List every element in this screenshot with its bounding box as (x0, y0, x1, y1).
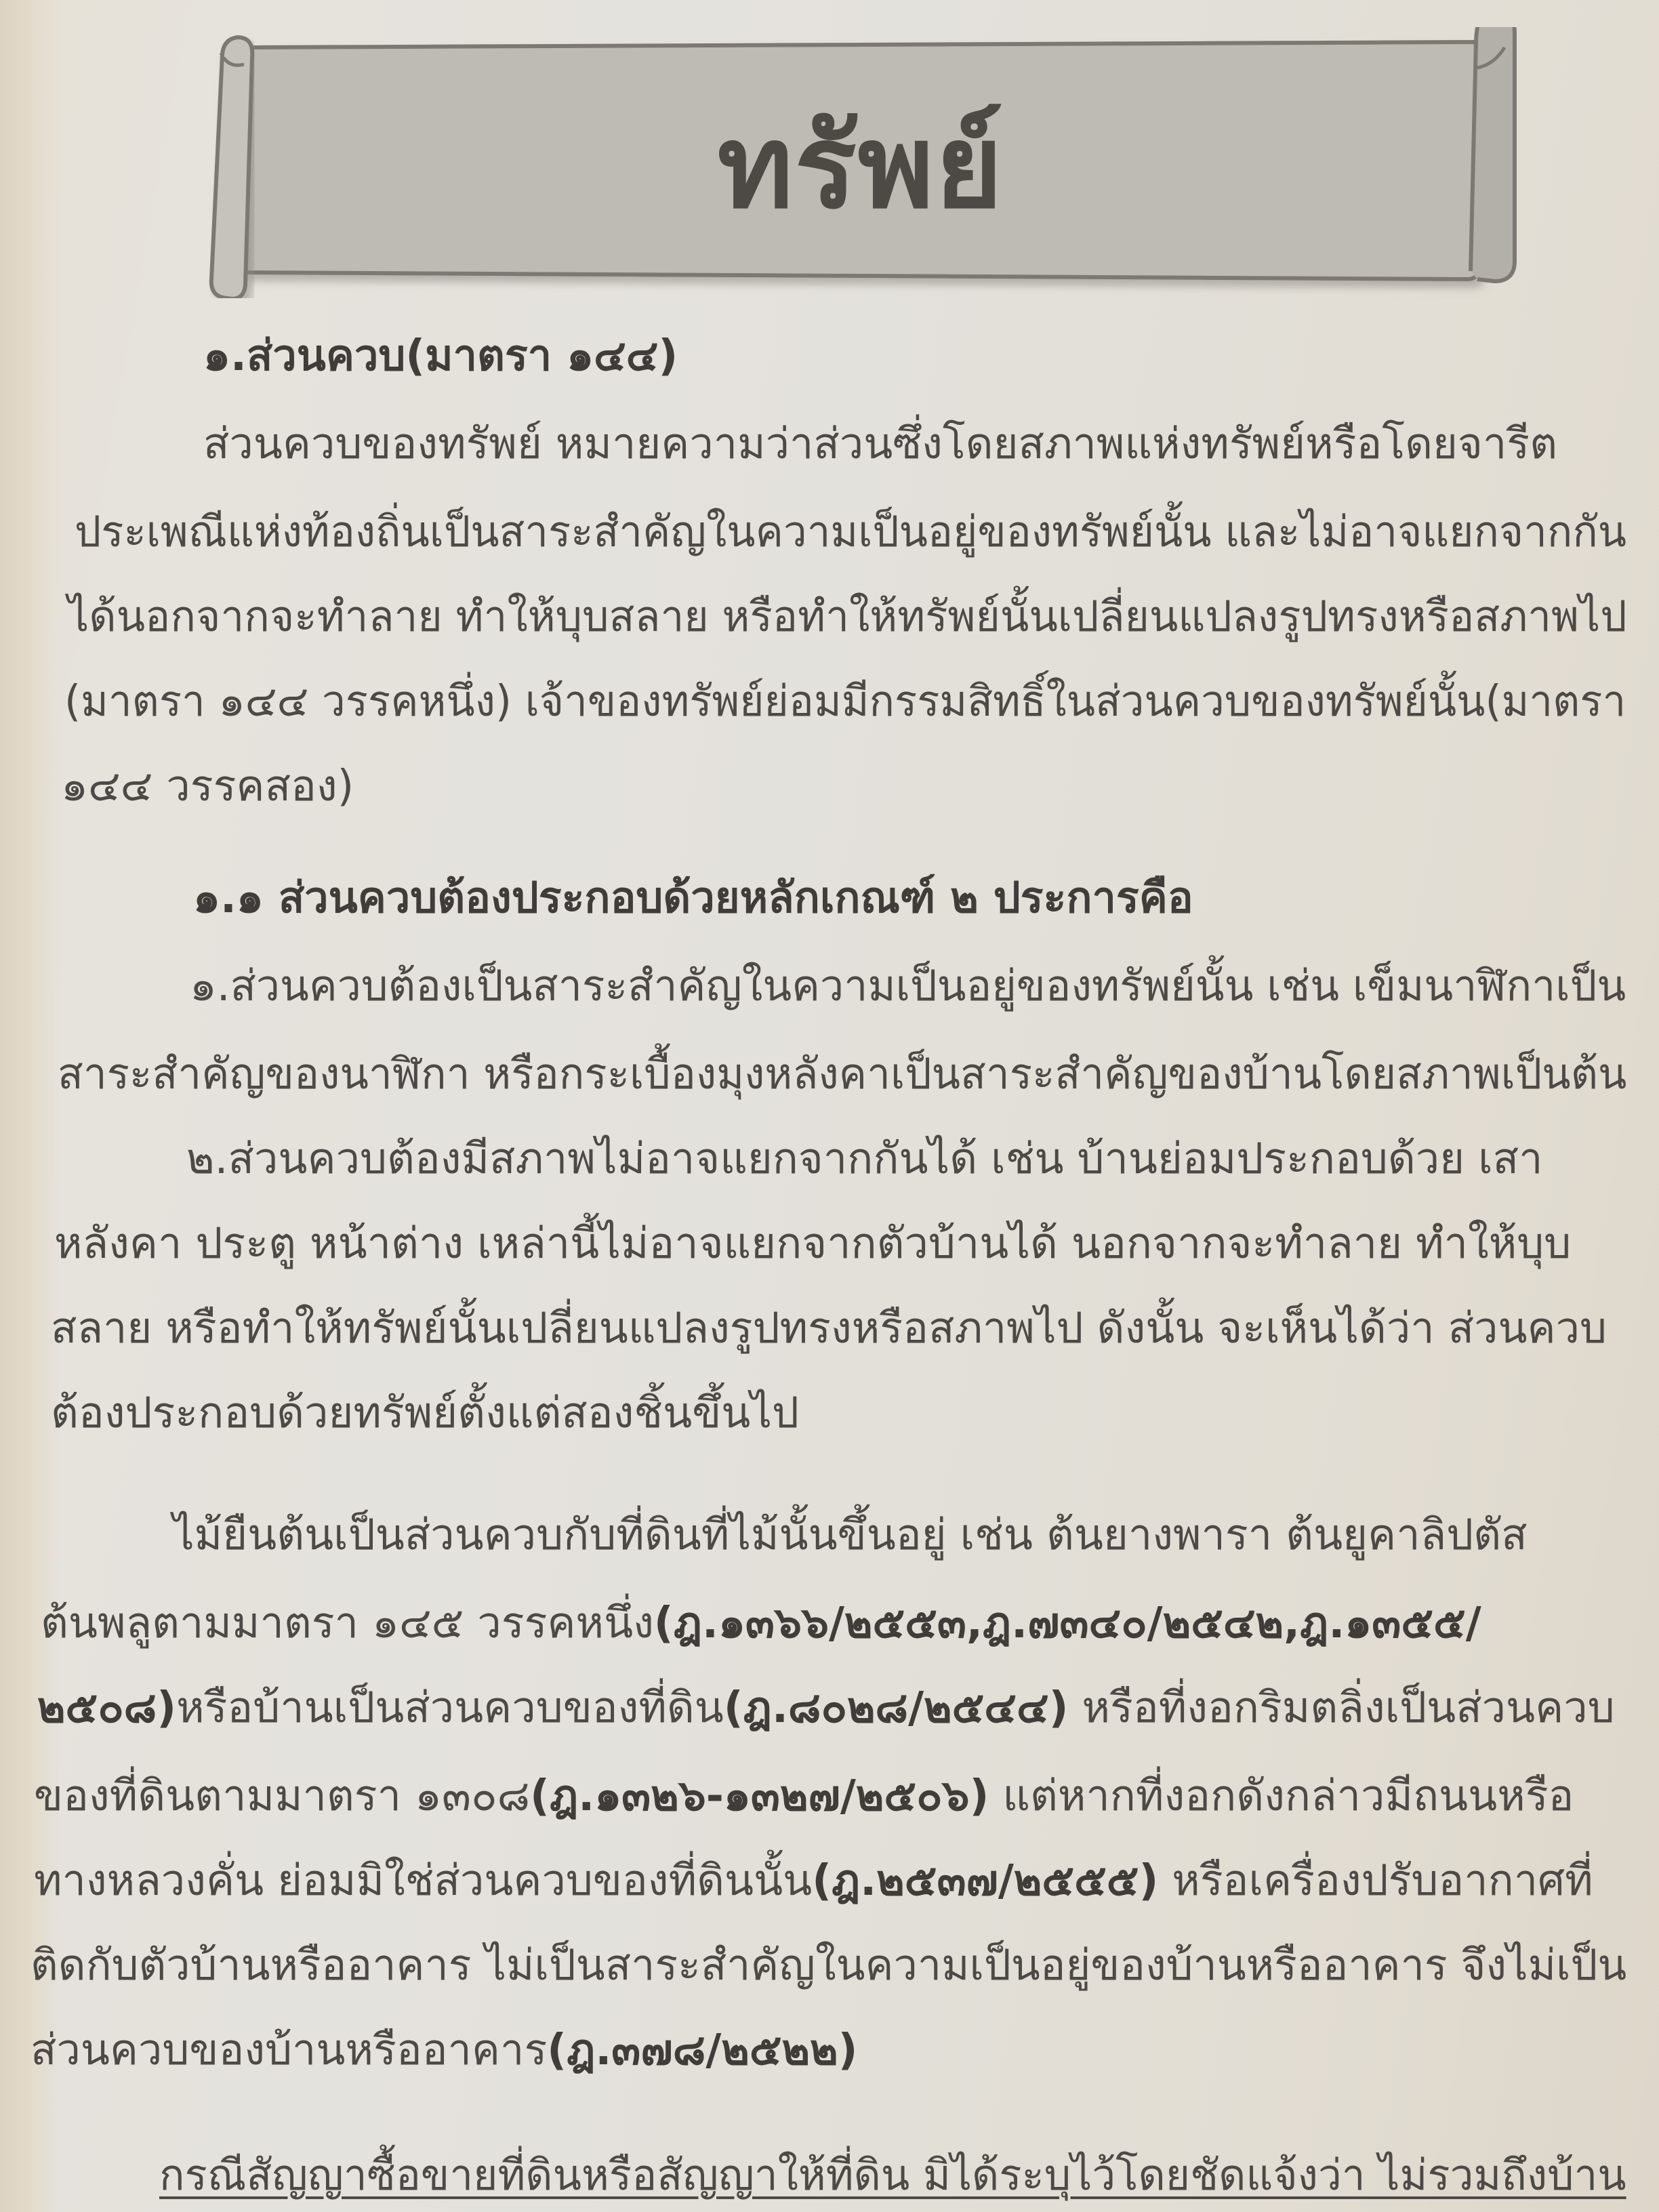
paragraph-line: ของที่ดินตามมาตรา ๑๓๐๘(ฎ.๑๓๒๖-๑๓๒๗/๒๕๐๖)… (34, 1769, 1574, 1823)
text-run: ติดกับตัวบ้านหรืออาคาร ไม่เป็นสาระสำคัญใ… (30, 1940, 1626, 1990)
text-run: หรือที่งอกริมตลิ่งเป็นส่วนควบ (1068, 1683, 1614, 1732)
paragraph-line: (มาตรา ๑๔๔ วรรคหนึ่ง) เจ้าของทรัพย์ย่อมม… (64, 674, 1626, 729)
paragraph-line: ไม้ยืนต้นเป็นส่วนควบกับที่ดินที่ไม้นั้นข… (173, 1508, 1528, 1562)
text-run: ของที่ดินตามมาตรา ๑๓๐๘ (34, 1771, 530, 1820)
paragraph-line: ส่วนควบของบ้านหรืออาคาร(ฎ.๓๗๘/๒๕๒๒) (30, 2023, 857, 2077)
case-citation: (ฎ.๒๕๓๗/๒๕๕๕) (812, 1856, 1158, 1905)
text-run: ส่วนควบของบ้านหรืออาคาร (30, 2025, 547, 2074)
text-run: แต่หากที่งอกดังกล่าวมีถนนหรือ (989, 1771, 1574, 1820)
text-run: หรือบ้านเป็นส่วนควบของที่ดิน (176, 1683, 724, 1732)
paragraph-line: ๑.ส่วนควบต้องเป็นสาระสำคัญในความเป็นอยู่… (190, 959, 1626, 1013)
paragraph-line: ทางหลวงคั่น ย่อมมิใช่ส่วนควบของที่ดินนั้… (34, 1853, 1593, 1908)
title-banner: ทรัพย์ (203, 27, 1518, 291)
sale-contract-note: กรณีสัญญาซื้อขายที่ดินหรือสัญญาให้ที่ดิน… (159, 2148, 1626, 2203)
paragraph-line: สลาย หรือทำให้ทรัพย์นั้นเปลี่ยนแปลงรูปทร… (51, 1301, 1607, 1355)
paragraph-line: หลังคา ประตู หน้าต่าง เหล่านี้ไม่อาจแยกจ… (54, 1216, 1571, 1271)
text-run: ต้นพลูตามมาตรา ๑๔๕ วรรคหนึ่ง (41, 1598, 654, 1647)
paragraph-line: ๒๕๐๘)หรือบ้านเป็นส่วนควบของที่ดิน(ฎ.๘๐๒๘… (37, 1681, 1615, 1735)
paragraph-line: ประเพณีแห่งท้องถิ่นเป็นสาระสำคัญในความเป… (75, 505, 1626, 559)
case-citation: ๒๕๐๘) (37, 1683, 176, 1732)
paragraph-line: ส่วนควบของทรัพย์ หมายความว่าส่วนซึ่งโดยส… (203, 417, 1557, 471)
case-citation: (ฎ.๑๓๖๖/๒๕๕๓,ฎ.๗๓๔๐/๒๕๔๒,ฎ.๑๓๕๕/ (654, 1598, 1481, 1647)
section-1-heading: ๑.ส่วนควบ(มาตรา ๑๔๔) (203, 329, 678, 383)
paragraph-line: ได้นอกจากจะทำลาย ทำให้บุบสลาย หรือทำให้ท… (68, 590, 1627, 644)
paragraph-line: ๒.ส่วนควบต้องมีสภาพไม่อาจแยกจากกันได้ เช… (186, 1132, 1542, 1186)
case-citation: (ฎ.๘๐๒๘/๒๕๔๔) (724, 1683, 1069, 1732)
paragraph-line: ๑๔๔ วรรคสอง) (61, 759, 354, 813)
paragraph-line: สาระสำคัญของนาฬิกา หรือกระเบื้องมุงหลังค… (58, 1047, 1626, 1101)
text-run: ไม้ยืนต้นเป็นส่วนควบกับที่ดินที่ไม้นั้นข… (173, 1510, 1528, 1559)
section-1-1-heading: ๑.๑ ส่วนควบต้องประกอบด้วยหลักเกณฑ์ ๒ ประ… (193, 871, 1193, 925)
page-title: ทรัพย์ (203, 75, 1518, 258)
paragraph-line: ติดกับตัวบ้านหรืออาคาร ไม่เป็นสาระสำคัญใ… (30, 1938, 1626, 1992)
text-run: หรือเครื่องปรับอากาศที่ (1158, 1856, 1593, 1905)
paragraph-line: ต้องประกอบด้วยทรัพย์ตั้งแต่สองชิ้นขึ้นไป (51, 1386, 799, 1440)
paragraph-line: ต้นพลูตามมาตรา ๑๔๕ วรรคหนึ่ง(ฎ.๑๓๖๖/๒๕๕๓… (41, 1596, 1481, 1650)
case-citation: (ฎ.๑๓๒๖-๑๓๒๗/๒๕๐๖) (530, 1771, 989, 1820)
case-citation: (ฎ.๓๗๘/๒๕๒๒) (547, 2025, 857, 2074)
text-run: ทางหลวงคั่น ย่อมมิใช่ส่วนควบของที่ดินนั้… (34, 1856, 812, 1905)
